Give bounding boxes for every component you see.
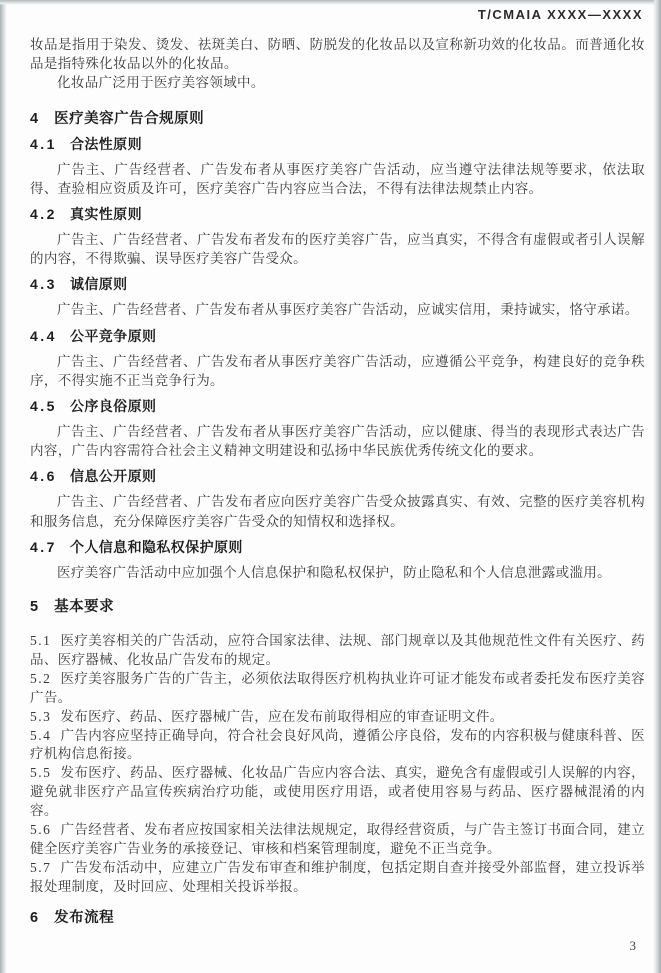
clause-title: 诚信原则 — [70, 276, 128, 292]
section-title: 医疗美容广告合规原则 — [54, 111, 204, 127]
item-text: 广告发布活动中，应建立广告发布审查和维护制度，包括定期自查并接受外部监督，建立投… — [30, 860, 645, 894]
clause-4-2-body: 广告主、广告经营者、广告发布者发布的医疗美容广告，应当真实，不得含有虚假或者引人… — [30, 230, 645, 268]
clause-number: 4.3 — [30, 276, 57, 292]
item-5-7: 5.7广告发布活动中，应建立广告发布审查和维护制度，包括定期自查并接受外部监督，… — [30, 859, 645, 897]
section-title: 基本要求 — [54, 599, 114, 615]
document-page: T/CMAIA XXXX—XXXX 妆品是指用于染发、烫发、祛斑美白、防晒、防脱… — [0, 0, 661, 973]
clause-4-3-body: 广告主、广告经营者、广告发布者从事医疗美容广告活动，应诚实信用，秉持诚实，恪守承… — [30, 300, 645, 319]
item-number: 5.6 — [30, 822, 51, 837]
scanned-document-page: { "page": { "header_right": "T/CMAIA XXX… — [0, 0, 661, 973]
item-text: 发布医疗、药品、医疗器械、化妆品广告应内容合法、真实，避免含有虚假或引人误解的内… — [30, 765, 645, 818]
section-5-items: 5.1医疗美容相关的广告活动，应符合国家法律、法规、部门规章以及其他规范性文件有… — [30, 632, 645, 897]
item-number: 5.2 — [30, 671, 51, 686]
item-5-2: 5.2医疗美容服务广告的广告主，必须依法取得医疗机构执业许可证才能发布或者委托发… — [30, 670, 645, 708]
section-6-heading: 6发布流程 — [30, 909, 645, 927]
clause-number: 4.7 — [30, 539, 57, 555]
section-number: 4 — [30, 111, 39, 127]
item-text: 医疗美容服务广告的广告主，必须依法取得医疗机构执业许可证才能发布或者委托发布医疗… — [30, 671, 645, 705]
clause-4-4-body: 广告主、广告经营者、广告发布者从事医疗美容广告活动，应遵循公平竞争，构建良好的竞… — [30, 352, 645, 390]
clause-4-3-heading: 4.3诚信原则 — [30, 276, 645, 292]
section-4-heading: 4医疗美容广告合规原则 — [30, 110, 645, 128]
section-number: 5 — [30, 599, 39, 615]
item-number: 5.7 — [30, 860, 51, 875]
item-number: 5.5 — [30, 765, 51, 780]
item-number: 5.1 — [30, 633, 51, 648]
clause-title: 个人信息和隐私权保护原则 — [70, 539, 243, 555]
item-text: 医疗美容相关的广告活动，应符合国家法律、法规、部门规章以及其他规范性文件有关医疗… — [30, 633, 645, 667]
clause-4-7-heading: 4.7个人信息和隐私权保护原则 — [30, 539, 645, 555]
page-number: 3 — [630, 938, 637, 954]
standard-code-header: T/CMAIA XXXX—XXXX — [30, 7, 645, 23]
clause-4-1-heading: 4.1合法性原则 — [30, 136, 645, 152]
intro-paragraph-continued: 妆品是指用于染发、烫发、祛斑美白、防晒、防脱发的化妆品以及宣称新功效的化妆品。而… — [30, 35, 645, 73]
clause-4-5-body: 广告主、广告经营者、广告发布者从事医疗美容广告活动，应以健康、得当的表现形式表达… — [30, 422, 645, 460]
item-text: 广告经营者、发布者应按国家相关法律法规规定，取得经营资质，与广告主签订书面合同，… — [30, 822, 645, 856]
clause-title: 公平竞争原则 — [70, 328, 156, 344]
clause-number: 4.6 — [30, 468, 57, 484]
item-5-1: 5.1医疗美容相关的广告活动，应符合国家法律、法规、部门规章以及其他规范性文件有… — [30, 632, 645, 670]
item-text: 广告内容应坚持正确导向，符合社会良好风尚，遵循公序良俗，发布的内容积极与健康科普… — [30, 728, 645, 762]
clause-4-6-body: 广告主、广告经营者、广告发布者应向医疗美容广告受众披露真实、有效、完整的医疗美容… — [30, 492, 645, 530]
section-title: 发布流程 — [54, 910, 114, 926]
intro-paragraph-usage: 化妆品广泛用于医疗美容领域中。 — [30, 73, 645, 92]
item-5-3: 5.3发布医疗、药品、医疗器械广告，应在发布前取得相应的审查证明文件。 — [30, 708, 645, 727]
clause-title: 公序良俗原则 — [70, 398, 156, 414]
item-5-4: 5.4广告内容应坚持正确导向，符合社会良好风尚，遵循公序良俗，发布的内容积极与健… — [30, 727, 645, 765]
item-text: 发布医疗、药品、医疗器械广告，应在发布前取得相应的审查证明文件。 — [60, 709, 503, 724]
clause-number: 4.1 — [30, 136, 57, 152]
clause-number: 4.2 — [30, 206, 57, 222]
item-5-6: 5.6广告经营者、发布者应按国家相关法律法规规定，取得经营资质，与广告主签订书面… — [30, 821, 645, 859]
section-5-heading: 5基本要求 — [30, 598, 645, 616]
clause-4-4-heading: 4.4公平竞争原则 — [30, 328, 645, 344]
item-number: 5.4 — [30, 728, 51, 743]
clause-title: 合法性原则 — [70, 136, 142, 152]
item-number: 5.3 — [30, 709, 51, 724]
item-5-5: 5.5发布医疗、药品、医疗器械、化妆品广告应内容合法、真实，避免含有虚假或引人误… — [30, 764, 645, 821]
clause-title: 真实性原则 — [70, 206, 142, 222]
section-number: 6 — [30, 910, 39, 926]
clause-number: 4.5 — [30, 398, 57, 414]
clause-number: 4.4 — [30, 328, 57, 344]
clause-title: 信息公开原则 — [70, 468, 156, 484]
clause-4-5-heading: 4.5公序良俗原则 — [30, 398, 645, 414]
clause-4-7-body: 医疗美容广告活动中应加强个人信息保护和隐私权保护，防止隐私和个人信息泄露或滥用。 — [30, 563, 645, 582]
clause-4-1-body: 广告主、广告经营者、广告发布者从事医疗美容广告活动，应当遵守法律法规等要求，依法… — [30, 160, 645, 198]
clause-4-2-heading: 4.2真实性原则 — [30, 206, 645, 222]
section-4-body: 4.1合法性原则 广告主、广告经营者、广告发布者从事医疗美容广告活动，应当遵守法… — [30, 136, 645, 582]
clause-4-6-heading: 4.6信息公开原则 — [30, 468, 645, 484]
